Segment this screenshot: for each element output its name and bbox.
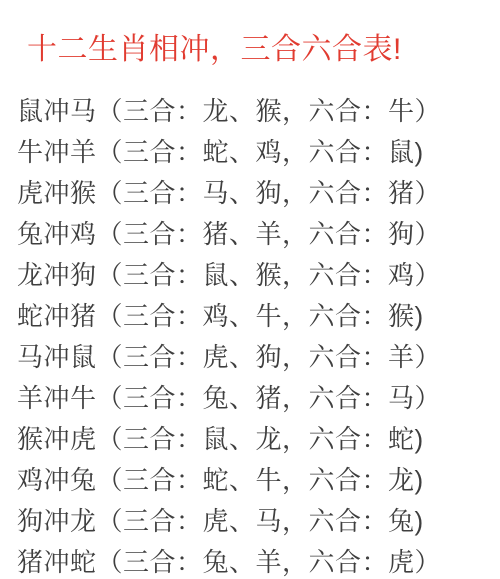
page-title: 十二生肖相冲，三合六合表!: [27, 24, 500, 68]
zodiac-row-rat: 鼠冲马（三合：龙、猴，六合：牛）: [17, 91, 500, 132]
zodiac-row-dog: 狗冲龙（三合：虎、马，六合：兔): [17, 501, 500, 542]
zodiac-row-tiger: 虎冲猴（三合：马、狗，六合：猪）: [17, 173, 500, 214]
zodiac-row-pig: 猪冲蛇（三合：兔、羊，六合：虎）: [17, 542, 500, 579]
zodiac-row-ox: 牛冲羊（三合：蛇、鸡，六合：鼠): [17, 132, 500, 173]
zodiac-row-goat: 羊冲牛（三合：兔、猪，六合：马）: [17, 378, 500, 419]
zodiac-row-dragon: 龙冲狗（三合：鼠、猴，六合：鸡）: [17, 255, 500, 296]
zodiac-row-rooster: 鸡冲兔（三合：蛇、牛，六合：龙): [17, 460, 500, 501]
zodiac-row-snake: 蛇冲猪（三合：鸡、牛，六合：猴): [17, 296, 500, 337]
zodiac-row-horse: 马冲鼠（三合：虎、狗，六合：羊）: [17, 337, 500, 378]
zodiac-row-monkey: 猴冲虎（三合：鼠、龙，六合：蛇): [17, 419, 500, 460]
zodiac-row-rabbit: 兔冲鸡（三合：猪、羊，六合：狗）: [17, 214, 500, 255]
zodiac-rows: 鼠冲马（三合：龙、猴，六合：牛） 牛冲羊（三合：蛇、鸡，六合：鼠) 虎冲猴（三合…: [17, 91, 500, 579]
zodiac-table-page: 十二生肖相冲，三合六合表! 鼠冲马（三合：龙、猴，六合：牛） 牛冲羊（三合：蛇、…: [0, 0, 500, 579]
